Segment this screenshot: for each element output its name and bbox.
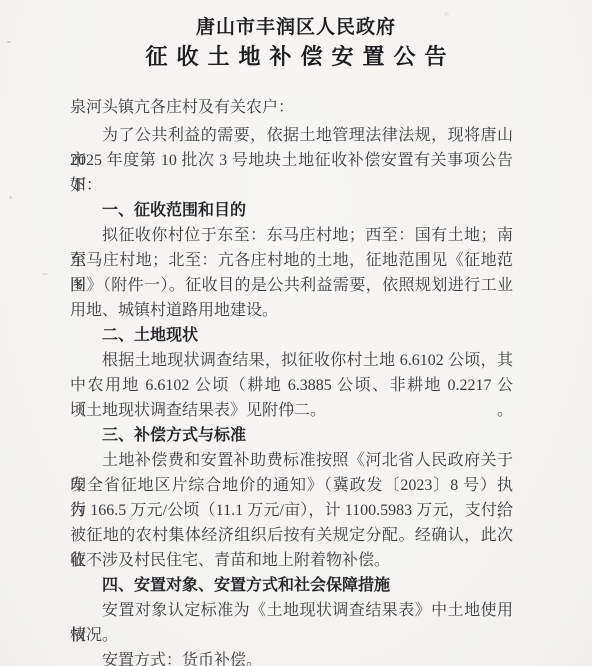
salutation-line: 泉河头镇亢各庄村及有关农户： bbox=[70, 95, 513, 120]
section-3-line-1: 土地补偿费和安置补助费标准按照《河北省人民政府关于印 bbox=[70, 448, 513, 473]
scan-speck bbox=[444, 12, 449, 16]
announcement-document-page: 唐山市丰润区人民政府 征收土地补偿安置公告 泉河头镇亢各庄村及有关农户： 为了公… bbox=[0, 0, 592, 666]
section-4-heading: 四、安置对象、安置方式和社会保障措施 bbox=[70, 573, 513, 598]
section-1-heading: 一、征收范围和目的 bbox=[70, 198, 513, 223]
scan-speck bbox=[42, 273, 48, 275]
section-1-line-2: 东马庄村地；北至：亢各庄村地的土地，征地范围见《征地范围 bbox=[70, 248, 513, 273]
intro-line-1: 为了公共利益的需要，依据土地管理法律法规，现将唐山市 bbox=[70, 123, 513, 148]
section-4-line-3: 安置方式：货币补偿。 bbox=[70, 648, 513, 666]
section-4-line-2: 情况。 bbox=[70, 623, 513, 648]
section-3-heading: 三、补偿方式与标准 bbox=[70, 423, 513, 448]
scan-speck bbox=[9, 196, 12, 199]
section-2-line-2: 中农用地 6.6102 公顷（耕地 6.3885 公顷、非耕地 0.2217 公… bbox=[70, 373, 513, 398]
section-2-line-1: 根据土地现状调查结果，拟征收你村土地 6.6102 公顷，其 bbox=[70, 348, 513, 373]
intro-line-2: 2025 年度第 10 批次 3 号地块土地征收补偿安置有关事项公告如 bbox=[70, 148, 513, 173]
document-title: 征收土地补偿安置公告 bbox=[0, 43, 592, 70]
section-2-heading: 二、土地现状 bbox=[70, 323, 513, 348]
section-1-line-1: 拟征收你村位于东至：东马庄村地；西至：国有土地；南至： bbox=[70, 223, 513, 248]
section-3-line-5: 收不涉及村民住宅、青苗和地上附着物补偿。 bbox=[70, 548, 513, 573]
section-4-line-1: 安置对象认定标准为《土地现状调查结果表》中土地使用权 bbox=[70, 598, 513, 623]
section-3-line-2: 发全省征地区片综合地价的通知》（冀政发〔2023〕8 号）执行， bbox=[70, 473, 513, 498]
section-3-line-3: 为 166.5 万元/公顷（11.1 万元/亩），计 1100.5983 万元，… bbox=[70, 498, 513, 523]
section-1-line-3: 图》（附件一）。征收目的是公共利益需要，依照规划进行工业 bbox=[70, 273, 513, 298]
section-1-line-4: 用地、城镇村道路用地建设。 bbox=[70, 298, 513, 323]
document-header: 唐山市丰润区人民政府 征收土地补偿安置公告 bbox=[0, 15, 592, 70]
issuing-authority-title: 唐山市丰润区人民政府 bbox=[0, 15, 592, 40]
section-3-line-4: 被征地的农村集体经济组织后按有关规定分配。经确认，此次征 bbox=[70, 523, 513, 548]
scan-speck bbox=[7, 41, 11, 43]
intro-line-3: 下： bbox=[70, 173, 513, 198]
document-body: 泉河头镇亢各庄村及有关农户： 为了公共利益的需要，依据土地管理法律法规，现将唐山… bbox=[70, 95, 513, 666]
